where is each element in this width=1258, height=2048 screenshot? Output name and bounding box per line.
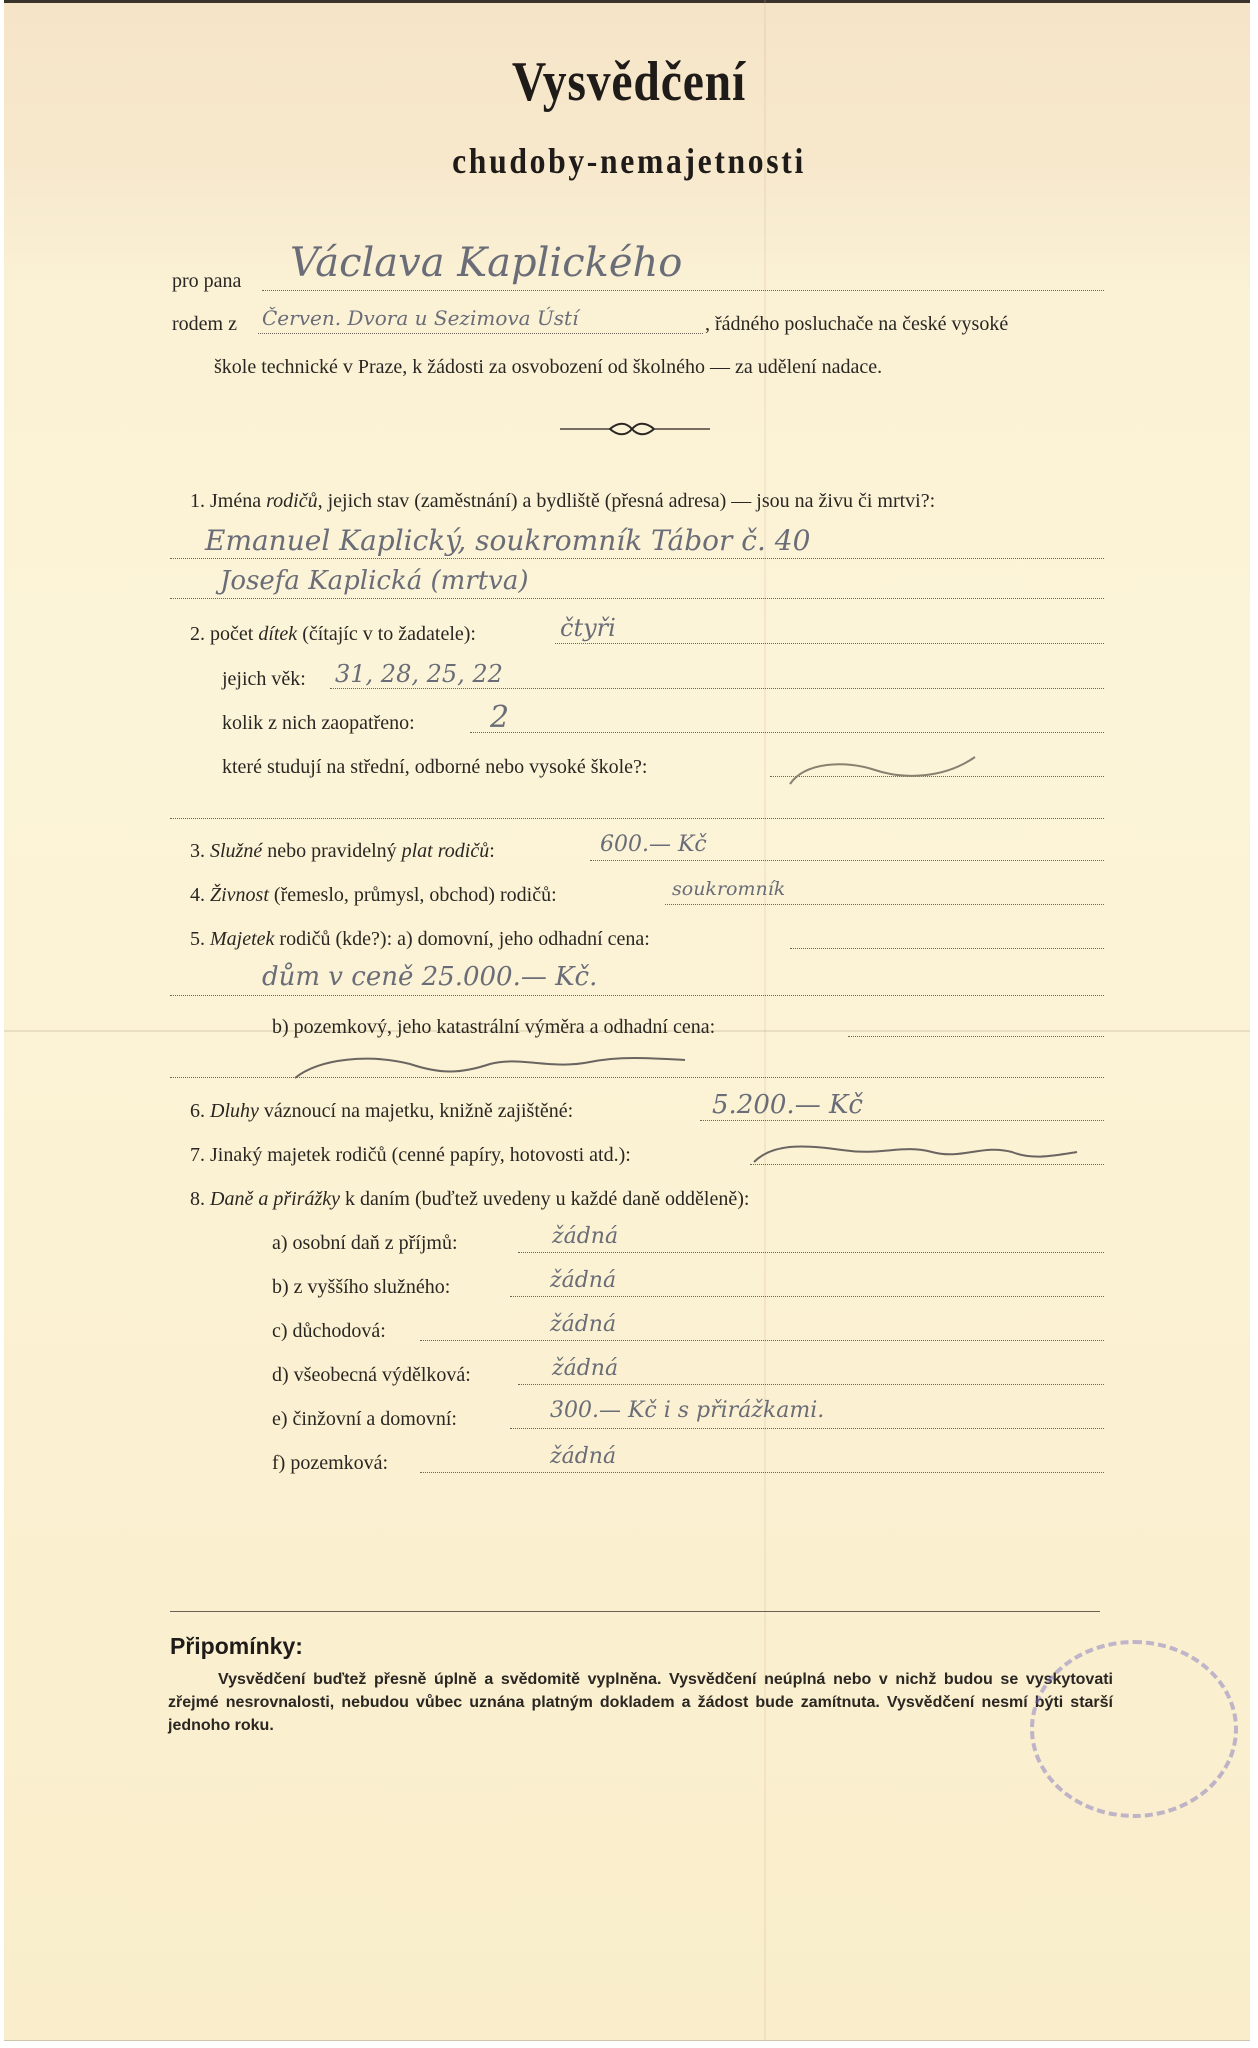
intro-line-3: škole technické v Praze, k žádosti za os… <box>214 356 882 379</box>
pro-pana-field-line <box>262 290 1104 291</box>
property-b-line-1 <box>848 1036 1104 1037</box>
other-property-dash-mark[interactable] <box>752 1138 1082 1168</box>
section-4-label: 4. Živnost (řemeslo, průmysl, obchod) ro… <box>190 884 557 907</box>
children-count-line <box>555 643 1104 644</box>
label-text: : <box>489 840 495 862</box>
trade-value[interactable]: soukromník <box>672 878 785 900</box>
section-6-label: 6. Dluhy váznoucí na majetku, knižně zaj… <box>190 1100 573 1123</box>
tax-d-label: d) všeobecná výdělková: <box>272 1364 471 1387</box>
tax-f-line <box>420 1472 1104 1473</box>
section-5-label: 5. Majetek rodičů (kde?): a) domovní, je… <box>190 928 650 951</box>
label-italic: dítek <box>258 623 297 645</box>
section-number: 8. <box>190 1188 205 1210</box>
property-a-line-2 <box>170 995 1104 996</box>
tax-b-value[interactable]: žádná <box>550 1268 616 1293</box>
remarks-heading: Připomínky: <box>170 1633 303 1660</box>
section-number: 2. <box>190 623 205 645</box>
label-text: (řemeslo, průmysl, obchod) rodičů: <box>269 884 557 906</box>
label-italic: plat rodičů <box>402 840 490 862</box>
section-number: 6. <box>190 1100 205 1122</box>
rodem-label: rodem z <box>172 313 237 336</box>
pro-pana-value[interactable]: Václava Kaplického <box>290 240 682 286</box>
section-3-label: 3. Služné nebo pravidelný plat rodičů: <box>190 840 495 863</box>
rodem-suffix: , řádného posluchače na české vysoké <box>705 313 1008 336</box>
tax-f-value[interactable]: žádná <box>550 1444 616 1469</box>
section-number: 3. <box>190 840 205 862</box>
remarks-text: Vysvědčení buďtež přesně úplně a svědomi… <box>168 1671 1113 1734</box>
label-text: rodičů (kde?): a) domovní, jeho odhadní … <box>274 928 649 950</box>
tax-e-line <box>510 1428 1104 1429</box>
section-2-extra-line <box>170 818 1104 819</box>
property-b-dash-mark[interactable] <box>290 1050 690 1084</box>
section-1-line-1 <box>170 558 1104 559</box>
section-2-label: 2. počet dítek (čítajíc v to žadatele): <box>190 623 476 646</box>
debts-line <box>700 1120 1104 1121</box>
label-text: váznoucí na majetku, knižně zajištěné: <box>259 1100 573 1122</box>
official-stamp <box>1030 1640 1238 1818</box>
section-1-value-1[interactable]: Emanuel Kaplický, soukromník Tábor č. 40 <box>205 524 810 557</box>
document-subtitle: chudoby-nemajetnosti <box>75 140 1182 182</box>
section-number: 4. <box>190 884 205 906</box>
rodem-value[interactable]: Červen. Dvora u Sezimova Ústí <box>262 306 579 330</box>
tax-c-value[interactable]: žádná <box>550 1312 616 1337</box>
tax-a-line <box>518 1252 1104 1253</box>
tax-e-label: e) činžovní a domovní: <box>272 1408 457 1431</box>
label-italic: Daně a přirážky <box>210 1188 340 1210</box>
property-b-label: b) pozemkový, jeho katastrální výměra a … <box>272 1016 715 1039</box>
tax-a-value[interactable]: žádná <box>552 1224 618 1249</box>
children-count-value[interactable]: čtyři <box>560 614 616 642</box>
tax-c-line <box>420 1340 1104 1341</box>
label-text: , jejich stav (zaměstnání) a bydliště (p… <box>318 490 936 512</box>
section-1-value-2[interactable]: Josefa Kaplická (mrtva) <box>220 566 528 596</box>
tax-a-label: a) osobní daň z příjmů: <box>272 1232 458 1255</box>
ages-line <box>330 688 1104 689</box>
label-italic: Majetek <box>210 928 274 950</box>
salary-value[interactable]: 600.— Kč <box>600 832 707 857</box>
label-italic: rodičů <box>266 490 317 512</box>
ages-value[interactable]: 31, 28, 25, 22 <box>335 660 503 688</box>
provided-value[interactable]: 2 <box>490 700 509 735</box>
section-number: 7. <box>190 1144 205 1166</box>
page-top-edge <box>4 0 1250 3</box>
label-text: Jména <box>210 490 266 512</box>
rodem-field-line <box>258 333 703 334</box>
label-text: nebo pravidelný <box>262 840 401 862</box>
label-italic: Živnost <box>210 884 269 906</box>
tax-f-label: f) pozemková: <box>272 1452 388 1475</box>
remarks-separator <box>170 1611 1100 1612</box>
tax-b-line <box>510 1296 1104 1297</box>
tax-b-label: b) z vyššího služného: <box>272 1276 450 1299</box>
property-a-line-1 <box>790 948 1104 949</box>
label-text: (čítajíc v to žadatele): <box>297 623 476 645</box>
label-text: Jinaký majetek rodičů (cenné papíry, hot… <box>210 1144 631 1166</box>
label-italic: Dluhy <box>210 1100 259 1122</box>
label-text: k daním (buďtež uvedeny u každé daně odd… <box>340 1188 749 1210</box>
document-title: Vysvědčení <box>94 50 1163 114</box>
label-italic: Služné <box>210 840 262 862</box>
provided-line <box>470 732 1104 733</box>
section-1-label: 1. Jména rodičů, jejich stav (zaměstnání… <box>190 490 935 513</box>
pro-pana-label: pro pana <box>172 270 241 293</box>
section-number: 5. <box>190 928 205 950</box>
ages-label: jejich věk: <box>222 668 306 691</box>
section-8-label: 8. Daně a přirážky k daním (buďtež uvede… <box>190 1188 749 1211</box>
ornament-divider <box>560 422 710 436</box>
salary-line <box>590 860 1104 861</box>
debts-value[interactable]: 5.200.— Kč <box>712 1090 863 1120</box>
label-text: počet <box>210 623 258 645</box>
remarks-body: Vysvědčení buďtež přesně úplně a svědomi… <box>168 1668 1113 1737</box>
trade-line <box>665 904 1104 905</box>
tax-c-label: c) důchodová: <box>272 1320 386 1343</box>
section-7-label: 7. Jinaký majetek rodičů (cenné papíry, … <box>190 1144 631 1167</box>
section-number: 1. <box>190 490 205 512</box>
tax-e-value[interactable]: 300.— Kč i s přirážkami. <box>550 1398 824 1423</box>
provided-label: kolik z nich zaopatřeno: <box>222 712 415 735</box>
property-a-value[interactable]: dům v ceně 25.000.— Kč. <box>262 962 597 992</box>
studying-dash-mark[interactable] <box>785 752 985 792</box>
section-1-line-2 <box>170 598 1104 599</box>
studying-label: které studují na střední, odborné nebo v… <box>222 756 647 779</box>
tax-d-value[interactable]: žádná <box>552 1356 618 1381</box>
tax-d-line <box>518 1384 1104 1385</box>
